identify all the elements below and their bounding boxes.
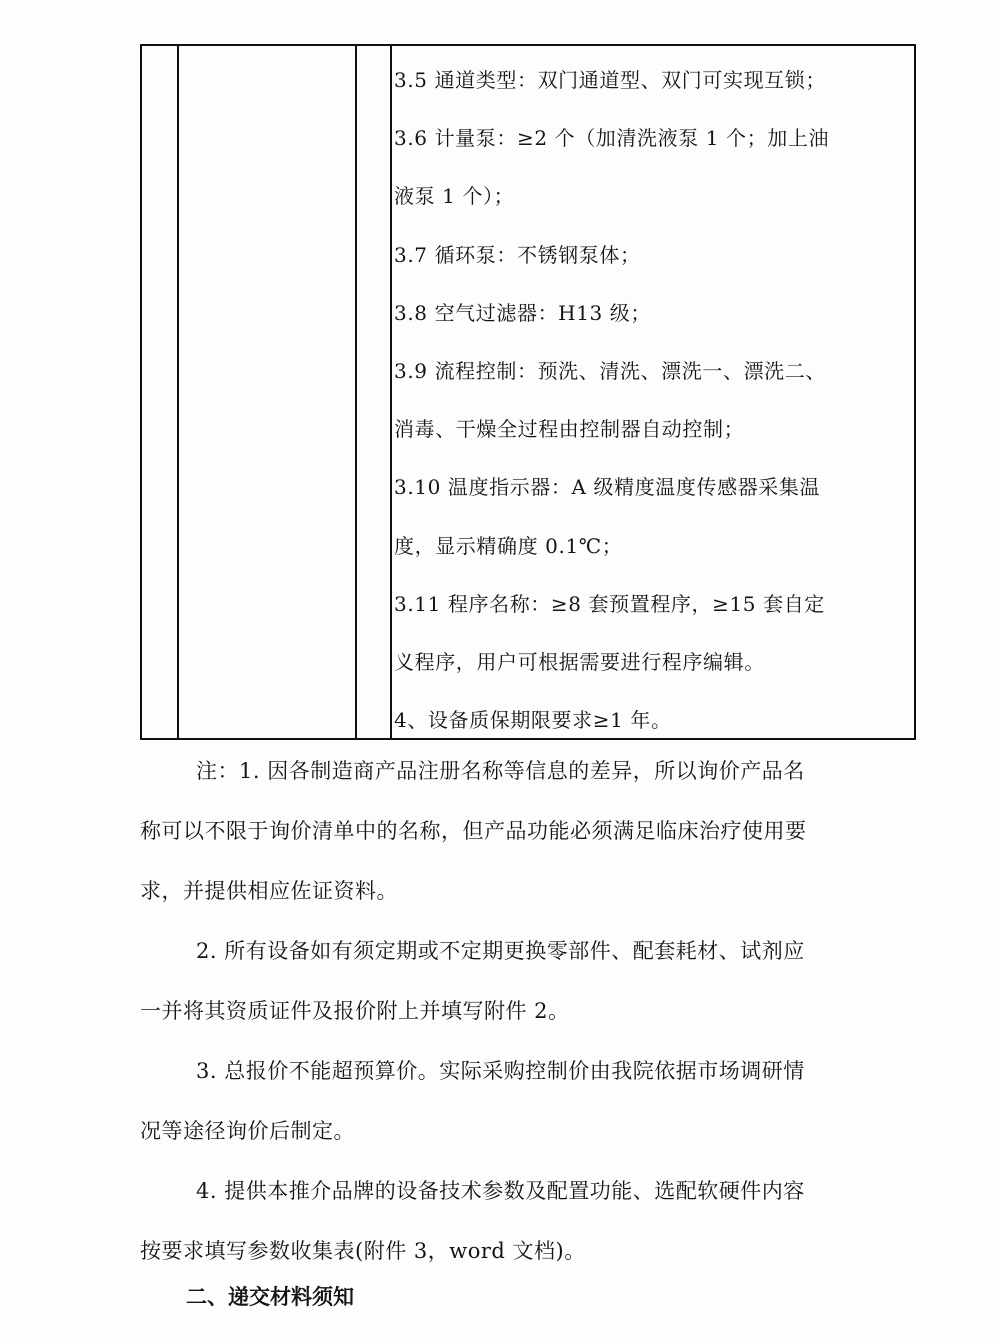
section-heading: 二、递交材料须知	[186, 1282, 354, 1312]
note-1-cont: 求，并提供相应佐证资料。	[140, 876, 930, 906]
spec-line-4-warranty: 4、设备质保期限要求≥1 年。	[394, 706, 914, 734]
spec-line-3-9: 3.9 流程控制：预洗、清洗、漂洗一、漂洗二、	[394, 357, 914, 385]
table-column-divider	[177, 46, 179, 738]
note-4-cont: 按要求填写参数收集表(附件 3，word 文档)。	[140, 1236, 930, 1266]
spec-line-3-5: 3.5 通道类型：双门通道型、双门可实现互锁；	[394, 66, 914, 94]
note-3: 3. 总报价不能超预算价。实际采购控制价由我院依据市场调研情	[140, 1056, 930, 1086]
note-1: 注：1. 因各制造商产品注册名称等信息的差异，所以询价产品名	[140, 756, 930, 786]
spec-line-3-7: 3.7 循环泵：不锈钢泵体；	[394, 241, 914, 269]
spec-line-3-9-cont: 消毒、干燥全过程由控制器自动控制；	[394, 415, 914, 443]
spec-line-3-6-cont: 液泵 1 个）；	[394, 182, 914, 210]
spec-line-3-6: 3.6 计量泵：≥2 个（加清洗液泵 1 个；加上油	[394, 124, 914, 152]
note-3-cont: 况等途径询价后制定。	[140, 1116, 930, 1146]
table-column-divider	[390, 46, 392, 738]
document-page: 3.5 通道类型：双门通道型、双门可实现互锁； 3.6 计量泵：≥2 个（加清洗…	[0, 0, 1000, 1344]
table-column-divider	[355, 46, 357, 738]
notes-section: 注：1. 因各制造商产品注册名称等信息的差异，所以询价产品名 称可以不限于询价清…	[140, 756, 930, 1296]
spec-line-3-11-cont: 义程序，用户可根据需要进行程序编辑。	[394, 648, 914, 676]
note-1-cont: 称可以不限于询价清单中的名称，但产品功能必须满足临床治疗使用要	[140, 816, 930, 846]
note-2-cont: 一并将其资质证件及报价附上并填写附件 2。	[140, 996, 930, 1026]
spec-line-3-11: 3.11 程序名称：≥8 套预置程序，≥15 套自定	[394, 590, 914, 618]
spec-table: 3.5 通道类型：双门通道型、双门可实现互锁； 3.6 计量泵：≥2 个（加清洗…	[140, 44, 916, 740]
spec-line-3-8: 3.8 空气过滤器：H13 级；	[394, 299, 914, 327]
note-2: 2. 所有设备如有须定期或不定期更换零部件、配套耗材、试剂应	[140, 936, 930, 966]
spec-requirements-cell: 3.5 通道类型：双门通道型、双门可实现互锁； 3.6 计量泵：≥2 个（加清洗…	[394, 46, 914, 738]
spec-line-3-10-cont: 度，显示精确度 0.1℃；	[394, 532, 914, 560]
note-4: 4. 提供本推介品牌的设备技术参数及配置功能、选配软硬件内容	[140, 1176, 930, 1206]
spec-line-3-10: 3.10 温度指示器：A 级精度温度传感器采集温	[394, 473, 914, 501]
